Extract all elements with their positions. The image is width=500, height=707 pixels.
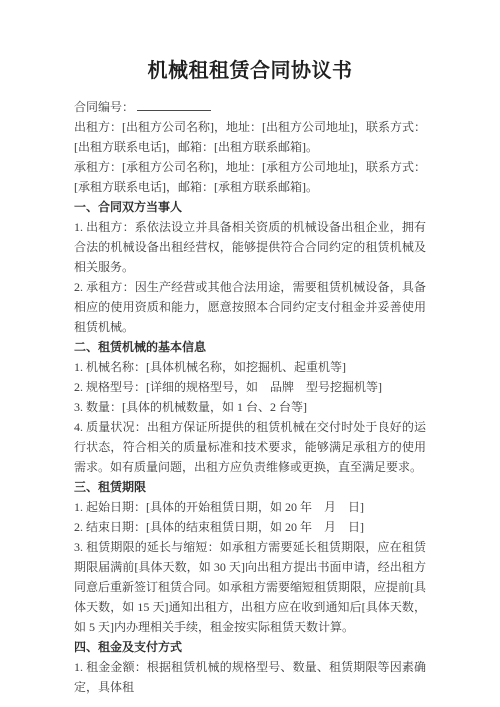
section-3-clause-1: 1. 起始日期：[具体的开始租赁日期，如 20 年 月 日] xyxy=(74,497,426,517)
section-2-clause-2: 2. 规格型号：[详细的规格型号，如 品牌 型号挖掘机等] xyxy=(74,377,426,397)
document-body: 合同编号： 出租方：[出租方公司名称]，地址：[出租方公司地址]，联系方式：[出… xyxy=(74,97,426,697)
section-1-heading: 一、合同双方当事人 xyxy=(74,197,426,217)
contract-number-line: 合同编号： xyxy=(74,97,426,117)
section-2-clause-1: 1. 机械名称：[具体机械名称，如挖掘机、起重机等] xyxy=(74,357,426,377)
section-2-heading: 二、租赁机械的基本信息 xyxy=(74,337,426,357)
section-2-clause-3: 3. 数量：[具体的机械数量，如 1 台、2 台等] xyxy=(74,397,426,417)
document-title: 机械租租赁合同协议书 xyxy=(0,57,500,85)
section-3-clause-3: 3. 租赁期限的延长与缩短：如承租方需要延长租赁期限，应在租赁期限届满前[具体天… xyxy=(74,537,426,637)
section-3-heading: 三、租赁期限 xyxy=(74,477,426,497)
contract-number-label: 合同编号： xyxy=(74,100,134,114)
lessor-info-paragraph: 出租方：[出租方公司名称]，地址：[出租方公司地址]，联系方式：[出租方联系电话… xyxy=(74,117,426,157)
contract-number-blank xyxy=(137,98,211,111)
section-2-clause-4: 4. 质量状况：出租方保证所提供的租赁机械在交付时处于良好的运行状态，符合相关的… xyxy=(74,417,426,477)
section-1-clause-1: 1. 出租方：系依法设立并具备相关资质的机械设备出租企业，拥有合法的机械设备出租… xyxy=(74,217,426,277)
section-4-heading: 四、租金及支付方式 xyxy=(74,637,426,657)
section-3-clause-2: 2. 结束日期：[具体的结束租赁日期，如 20 年 月 日] xyxy=(74,517,426,537)
section-1-clause-2: 2. 承租方：因生产经营或其他合法用途，需要租赁机械设备，具备相应的使用资质和能… xyxy=(74,277,426,337)
contract-document-page: 机械租租赁合同协议书 合同编号： 出租方：[出租方公司名称]，地址：[出租方公司… xyxy=(0,0,500,707)
section-4-clause-1: 1. 租金金额：根据租赁机械的规格型号、数量、租赁期限等因素确定，具体租 xyxy=(74,657,426,697)
lessee-info-paragraph: 承租方：[承租方公司名称]，地址：[承租方公司地址]，联系方式：[承租方联系电话… xyxy=(74,157,426,197)
